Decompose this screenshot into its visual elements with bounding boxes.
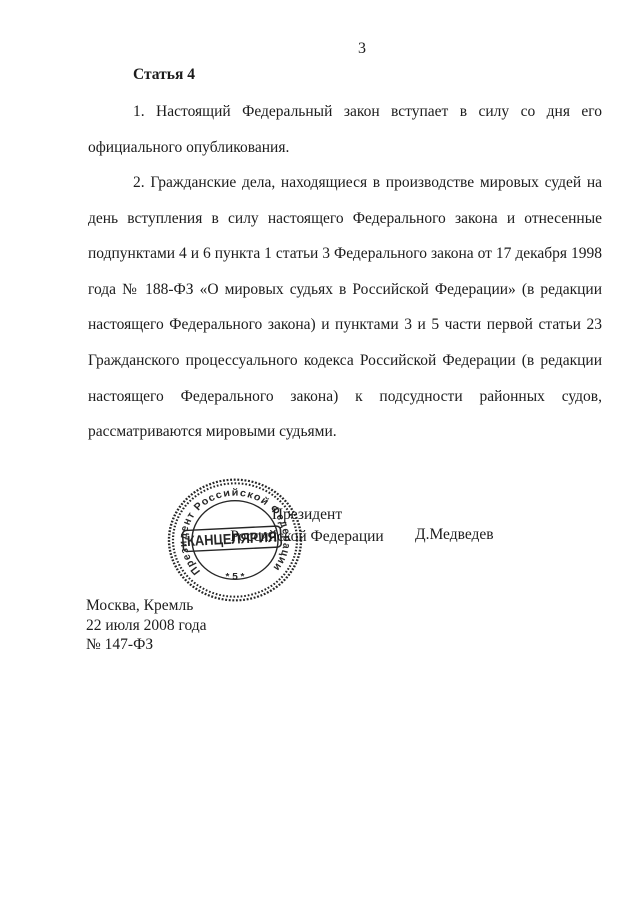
page-number: 3 bbox=[342, 40, 382, 58]
issue-place: Москва, Кремль bbox=[86, 596, 207, 616]
issue-number: № 147-ФЗ bbox=[86, 635, 207, 655]
chancellery-stamp-icon: Президент Российской Федерации * 5 * КАН… bbox=[165, 476, 305, 604]
issue-date: 22 июля 2008 года bbox=[86, 616, 207, 636]
text-line: 2. Гражданские дела, находящиеся в произ… bbox=[88, 165, 602, 201]
issue-block: Москва, Кремль 22 июля 2008 года № 147-Ф… bbox=[86, 596, 207, 655]
text-line: рассматриваются мировыми судьями. bbox=[88, 414, 602, 450]
text-line: 1. Настоящий Федеральный закон вступает … bbox=[88, 94, 602, 130]
text-line: Гражданского процессуального кодекса Рос… bbox=[88, 343, 602, 379]
text-line: подпунктами 4 и 6 пункта 1 статьи 3 Феде… bbox=[88, 236, 602, 272]
text-line: настоящего Федерального закона) к подсуд… bbox=[88, 379, 602, 415]
text-line: года № 188-ФЗ «О мировых судьях в Россий… bbox=[88, 272, 602, 308]
text-line: день вступления в силу настоящего Федера… bbox=[88, 201, 602, 237]
document-page: 3 Статья 4 1. Настоящий Федеральный зако… bbox=[0, 0, 640, 900]
paragraph-2: 2. Гражданские дела, находящиеся в произ… bbox=[88, 165, 602, 450]
stamp-bottom-mark: * 5 * bbox=[226, 572, 245, 582]
article-heading: Статья 4 bbox=[133, 66, 195, 84]
text-line: официального опубликования. bbox=[88, 130, 602, 166]
signature-name: Д.Медведев bbox=[415, 526, 494, 544]
text-line: настоящего Федерального закона) и пункта… bbox=[88, 307, 602, 343]
paragraph-1: 1. Настоящий Федеральный закон вступает … bbox=[88, 94, 602, 165]
